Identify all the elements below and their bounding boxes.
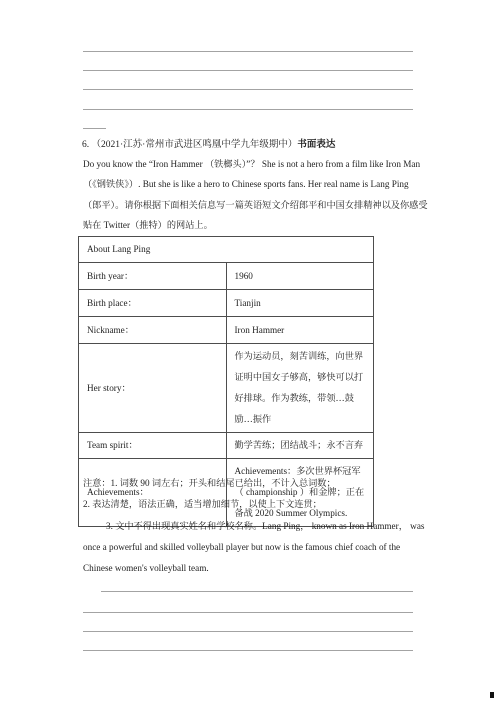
prompt-line: Do you know the “Iron Hammer （铁榔头）”？ She… [83,154,423,174]
note-line: Chinese women's volleyball team. [83,558,423,579]
prompt-line: （《钢铁侠》）. But she is like a hero to Chine… [83,174,423,194]
table-row: Nickname： Iron Hammer [79,317,374,344]
table-row: Birth year： 1960 [79,263,374,290]
table-row: Her story： 作为运动员，刻苦训练，向世界证明中国女子够高，够快可以打好… [79,344,374,433]
answer-line [101,591,413,592]
question-header: 6. （2021·江苏·常州市武进区鸣凰中学九年级期中）书面表达 [82,136,335,150]
question-type-label: 书面表达 [297,140,335,150]
row-label: Nickname： [79,317,227,344]
table-title-cell: About Lang Ping [79,237,374,263]
end-of-document-marker [490,692,494,698]
note-line: once a powerful and skilled volleyball p… [83,537,423,558]
row-label: Birth year： [79,263,227,290]
answer-line [83,51,413,52]
note-line: 2. 表达清楚，语法正确，适当增加细节，以使上下文连贯； [83,494,423,515]
answer-line [83,89,413,90]
notes-section: 注意：1. 词数 90 词左右；开头和结尾已给出，不计入总词数； 2. 表达清楚… [83,473,423,579]
answer-line-short [83,128,106,129]
table-row: About Lang Ping [79,237,374,263]
answer-line [83,650,413,651]
prompt-paragraph: Do you know the “Iron Hammer （铁榔头）”？ She… [83,154,423,236]
row-value: Iron Hammer [226,317,374,344]
row-label: Birth place： [79,290,227,317]
answer-line [83,109,413,110]
exam-document-page: 6. （2021·江苏·常州市武进区鸣凰中学九年级期中）书面表达 Do you … [0,0,499,706]
question-number: 6. [82,140,89,150]
row-value: Tianjin [226,290,374,317]
row-label: Her story： [79,344,227,433]
row-label: Team spirit： [79,433,227,459]
answer-line [83,631,413,632]
row-value: 勤学苦练；团结战斗；永不言弃 [226,433,374,459]
table-row: Birth place： Tianjin [79,290,374,317]
prompt-line: （郎平）。请你根据下面相关信息写一篇英语短文介绍郎平和中国女排精神以及你感受 [83,195,423,215]
row-value: 1960 [226,263,374,290]
row-value: 作为运动员，刻苦训练，向世界证明中国女子够高，够快可以打好排球。作为教练，带领…… [226,344,374,433]
answer-line [83,612,413,613]
note-line: 注意：1. 词数 90 词左右；开头和结尾已给出，不计入总词数； [83,473,423,494]
note-line: 3. 文中不得出现真实姓名和学校名称。Lang Ping， known as I… [83,516,423,537]
prompt-line: 贴在 Twitter（推特）的网站上。 [83,215,423,235]
table-row: Team spirit： 勤学苦练；团结战斗；永不言弃 [79,433,374,459]
answer-line [83,70,413,71]
question-source: （2021·江苏·常州市武进区鸣凰中学九年级期中） [92,140,298,150]
